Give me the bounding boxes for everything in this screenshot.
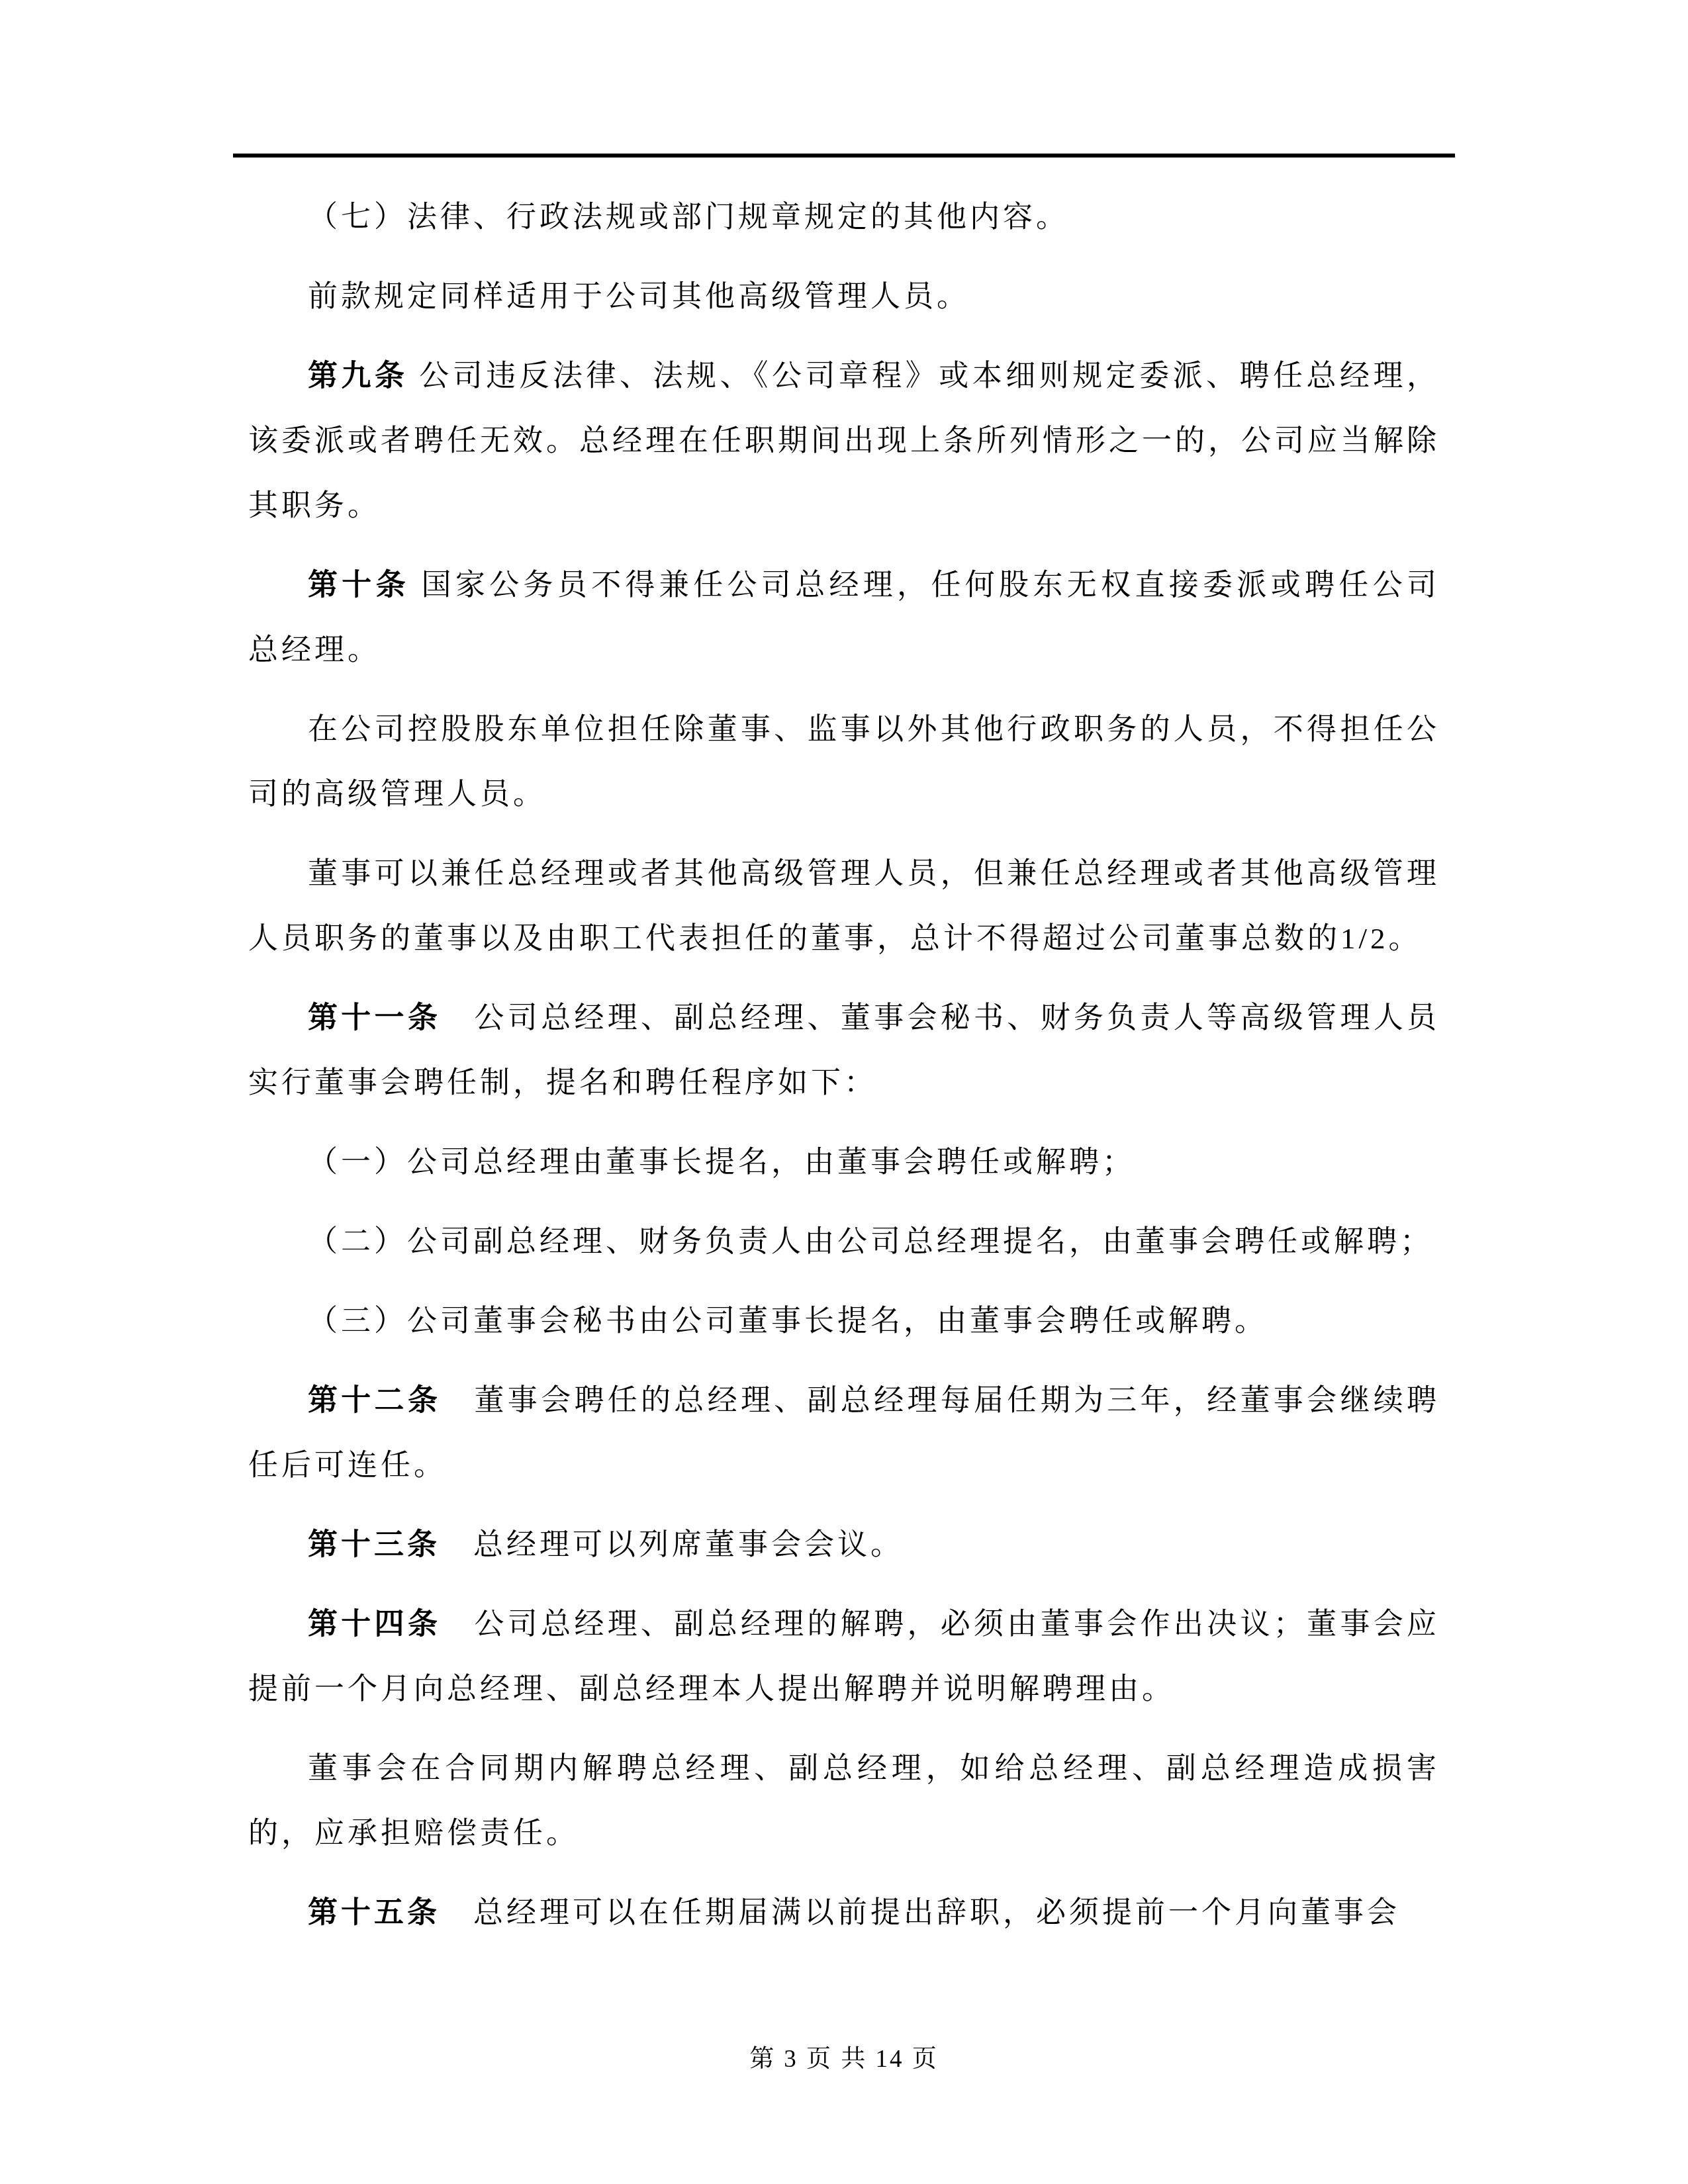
paragraph: 第十条 国家公务员不得兼任公司总经理，任何股东无权直接委派或聘任公司总经理。	[248, 553, 1440, 682]
document-body: （七）法律、行政法规或部门规章规定的其他内容。前款规定同样适用于公司其他高级管理…	[248, 185, 1440, 1960]
header-rule	[233, 154, 1455, 158]
paragraph: 第十四条 公司总经理、副总经理的解聘，必须由董事会作出决议；董事会应提前一个月向…	[248, 1592, 1440, 1721]
text-run: 董事可以兼任总经理或者其他高级管理人员，但兼任总经理或者其他高级管理人员职务的董…	[248, 857, 1440, 955]
paragraph: 董事会在合同期内解聘总经理、副总经理，如给总经理、副总经理造成损害的，应承担赔偿…	[248, 1736, 1440, 1866]
paragraph: 第十一条 公司总经理、副总经理、董事会秘书、财务负责人等高级管理人员实行董事会聘…	[248, 985, 1440, 1115]
paragraph: 第九条 公司违反法律、法规、《公司章程》或本细则规定委派、聘任总经理，该委派或者…	[248, 343, 1440, 538]
page-footer: 第 3 页 共 14 页	[0, 2040, 1688, 2079]
text-run: 总经理可以列席董事会会议。	[440, 1528, 904, 1561]
page-number-label: 第 3 页 共 14 页	[749, 2046, 939, 2073]
paragraph: 在公司控股股东单位担任除董事、监事以外其他行政职务的人员，不得担任公司的高级管理…	[248, 697, 1440, 827]
text-run: （七）法律、行政法规或部门规章规定的其他内容。	[308, 201, 1069, 234]
paragraph: （一）公司总经理由董事长提名，由董事会聘任或解聘；	[248, 1130, 1440, 1195]
text-run: 公司违反法律、法规、《公司章程》或本细则规定委派、聘任总经理，该委派或者聘任无效…	[248, 359, 1440, 522]
paragraph: （三）公司董事会秘书由公司董事长提名，由董事会聘任或解聘。	[248, 1289, 1440, 1353]
article-number: 第十三条	[308, 1528, 440, 1561]
article-number: 第十一条	[308, 1001, 441, 1034]
article-number: 第十二条	[308, 1384, 441, 1417]
paragraph: 董事可以兼任总经理或者其他高级管理人员，但兼任总经理或者其他高级管理人员职务的董…	[248, 841, 1440, 971]
text-run: 前款规定同样适用于公司其他高级管理人员。	[308, 280, 970, 313]
paragraph: （二）公司副总经理、财务负责人由公司总经理提名，由董事会聘任或解聘；	[248, 1209, 1440, 1274]
article-number: 第十五条	[308, 1896, 440, 1929]
document-page: （七）法律、行政法规或部门规章规定的其他内容。前款规定同样适用于公司其他高级管理…	[0, 0, 1688, 2184]
paragraph: 第十三条 总经理可以列席董事会会议。	[248, 1512, 1440, 1577]
paragraph: 前款规定同样适用于公司其他高级管理人员。	[248, 264, 1440, 329]
text-run: 董事会在合同期内解聘总经理、副总经理，如给总经理、副总经理造成损害的，应承担赔偿…	[248, 1752, 1440, 1850]
text-run: （一）公司总经理由董事长提名，由董事会聘任或解聘；	[308, 1146, 1135, 1179]
article-number: 第九条	[308, 359, 419, 392]
article-number: 第十条	[308, 569, 422, 602]
text-run: （三）公司董事会秘书由公司董事长提名，由董事会聘任或解聘。	[308, 1304, 1268, 1338]
article-number: 第十四条	[308, 1608, 441, 1641]
paragraph: 第十五条 总经理可以在任期届满以前提出辞职，必须提前一个月向董事会	[248, 1880, 1440, 1945]
text-run: 总经理可以在任期届满以前提出辞职，必须提前一个月向董事会	[440, 1896, 1400, 1929]
text-run: 国家公务员不得兼任公司总经理，任何股东无权直接委派或聘任公司总经理。	[248, 569, 1440, 666]
text-run: （二）公司副总经理、财务负责人由公司总经理提名，由董事会聘任或解聘；	[308, 1225, 1433, 1258]
paragraph: 第十二条 董事会聘任的总经理、副总经理每届任期为三年，经董事会继续聘任后可连任。	[248, 1368, 1440, 1498]
text-run: 在公司控股股东单位担任除董事、监事以外其他行政职务的人员，不得担任公司的高级管理…	[248, 713, 1440, 811]
paragraph: （七）法律、行政法规或部门规章规定的其他内容。	[248, 185, 1440, 250]
